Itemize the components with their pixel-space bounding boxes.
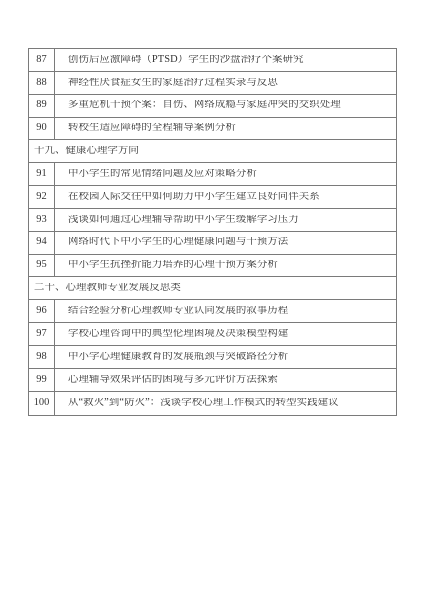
topic-number: 98 xyxy=(29,346,55,368)
table-row: 88神经性厌食症女生的家庭治疗过程实录与反思 xyxy=(29,72,396,95)
topic-number: 94 xyxy=(29,232,55,254)
section-header-row: 二十、心理教师专业发展反思类 xyxy=(29,277,396,300)
topic-number: 96 xyxy=(29,300,55,322)
topic-title: 中小学生的常见情绪问题及应对策略分析 xyxy=(55,169,396,179)
section-label: 十九、健康心理学方向 xyxy=(29,146,396,156)
table-row: 91中小学生的常见情绪问题及应对策略分析 xyxy=(29,163,396,186)
topic-number: 100 xyxy=(29,392,55,415)
table-row: 93浅谈如何通过心理辅导帮助中小学生缓解学习压力 xyxy=(29,209,396,232)
topic-title: 浅谈如何通过心理辅导帮助中小学生缓解学习压力 xyxy=(55,215,396,225)
topic-title: 神经性厌食症女生的家庭治疗过程实录与反思 xyxy=(55,78,396,88)
topic-number: 92 xyxy=(29,186,55,208)
table-row: 97学校心理咨询中的典型伦理困境及决策模型构建 xyxy=(29,323,396,346)
section-label: 二十、心理教师专业发展反思类 xyxy=(29,283,396,293)
topic-title: 网络时代下中小学生的心理健康问题与干预方法 xyxy=(55,237,396,247)
topic-number: 95 xyxy=(29,255,55,277)
topic-number: 90 xyxy=(29,118,55,140)
topic-title: 创伤后应激障碍（PTSD）学生的沙盘治疗个案研究 xyxy=(55,55,396,65)
topic-title: 结合经验分析心理教师专业认同发展的叙事历程 xyxy=(55,306,396,316)
topic-number: 88 xyxy=(29,72,55,94)
topic-number: 99 xyxy=(29,369,55,391)
topic-number: 93 xyxy=(29,209,55,231)
table-row: 96结合经验分析心理教师专业认同发展的叙事历程 xyxy=(29,300,396,323)
topic-title: 心理辅导效果评估的困境与多元评价方法探索 xyxy=(55,375,396,385)
document-page: 87创伤后应激障碍（PTSD）学生的沙盘治疗个案研究88神经性厌食症女生的家庭治… xyxy=(0,0,424,600)
table-row: 87创伤后应激障碍（PTSD）学生的沙盘治疗个案研究 xyxy=(29,49,396,72)
topic-table: 87创伤后应激障碍（PTSD）学生的沙盘治疗个案研究88神经性厌食症女生的家庭治… xyxy=(28,48,397,416)
table-row: 98中小学心理健康教育的发展瓶颈与突破路径分析 xyxy=(29,346,396,369)
table-row: 94网络时代下中小学生的心理健康问题与干预方法 xyxy=(29,232,396,255)
topic-title: 中小学生抗挫折能力培养的心理干预方案分析 xyxy=(55,260,396,270)
topic-number: 97 xyxy=(29,323,55,345)
topic-title: 从“救火”到“防火”：浅谈学校心理工作模式的转型实践建议 xyxy=(55,398,396,408)
table-row: 90转校生适应障碍的全程辅导案例分析 xyxy=(29,118,396,141)
table-row: 100从“救火”到“防火”：浅谈学校心理工作模式的转型实践建议 xyxy=(29,392,396,415)
topic-title: 学校心理咨询中的典型伦理困境及决策模型构建 xyxy=(55,329,396,339)
section-header-row: 十九、健康心理学方向 xyxy=(29,140,396,163)
topic-number: 91 xyxy=(29,163,55,185)
topic-number: 89 xyxy=(29,95,55,117)
topic-title: 在校园人际交往中如何助力中小学生建立良好同伴关系 xyxy=(55,192,396,202)
table-row: 95中小学生抗挫折能力培养的心理干预方案分析 xyxy=(29,255,396,278)
topic-title: 中小学心理健康教育的发展瓶颈与突破路径分析 xyxy=(55,352,396,362)
table-row: 89多重危机干预个案：自伤、网络成瘾与家庭冲突的交织处理 xyxy=(29,95,396,118)
topic-title: 多重危机干预个案：自伤、网络成瘾与家庭冲突的交织处理 xyxy=(55,100,396,110)
topic-title: 转校生适应障碍的全程辅导案例分析 xyxy=(55,123,396,133)
table-row: 92在校园人际交往中如何助力中小学生建立良好同伴关系 xyxy=(29,186,396,209)
topic-number: 87 xyxy=(29,49,55,71)
table-row: 99心理辅导效果评估的困境与多元评价方法探索 xyxy=(29,369,396,392)
